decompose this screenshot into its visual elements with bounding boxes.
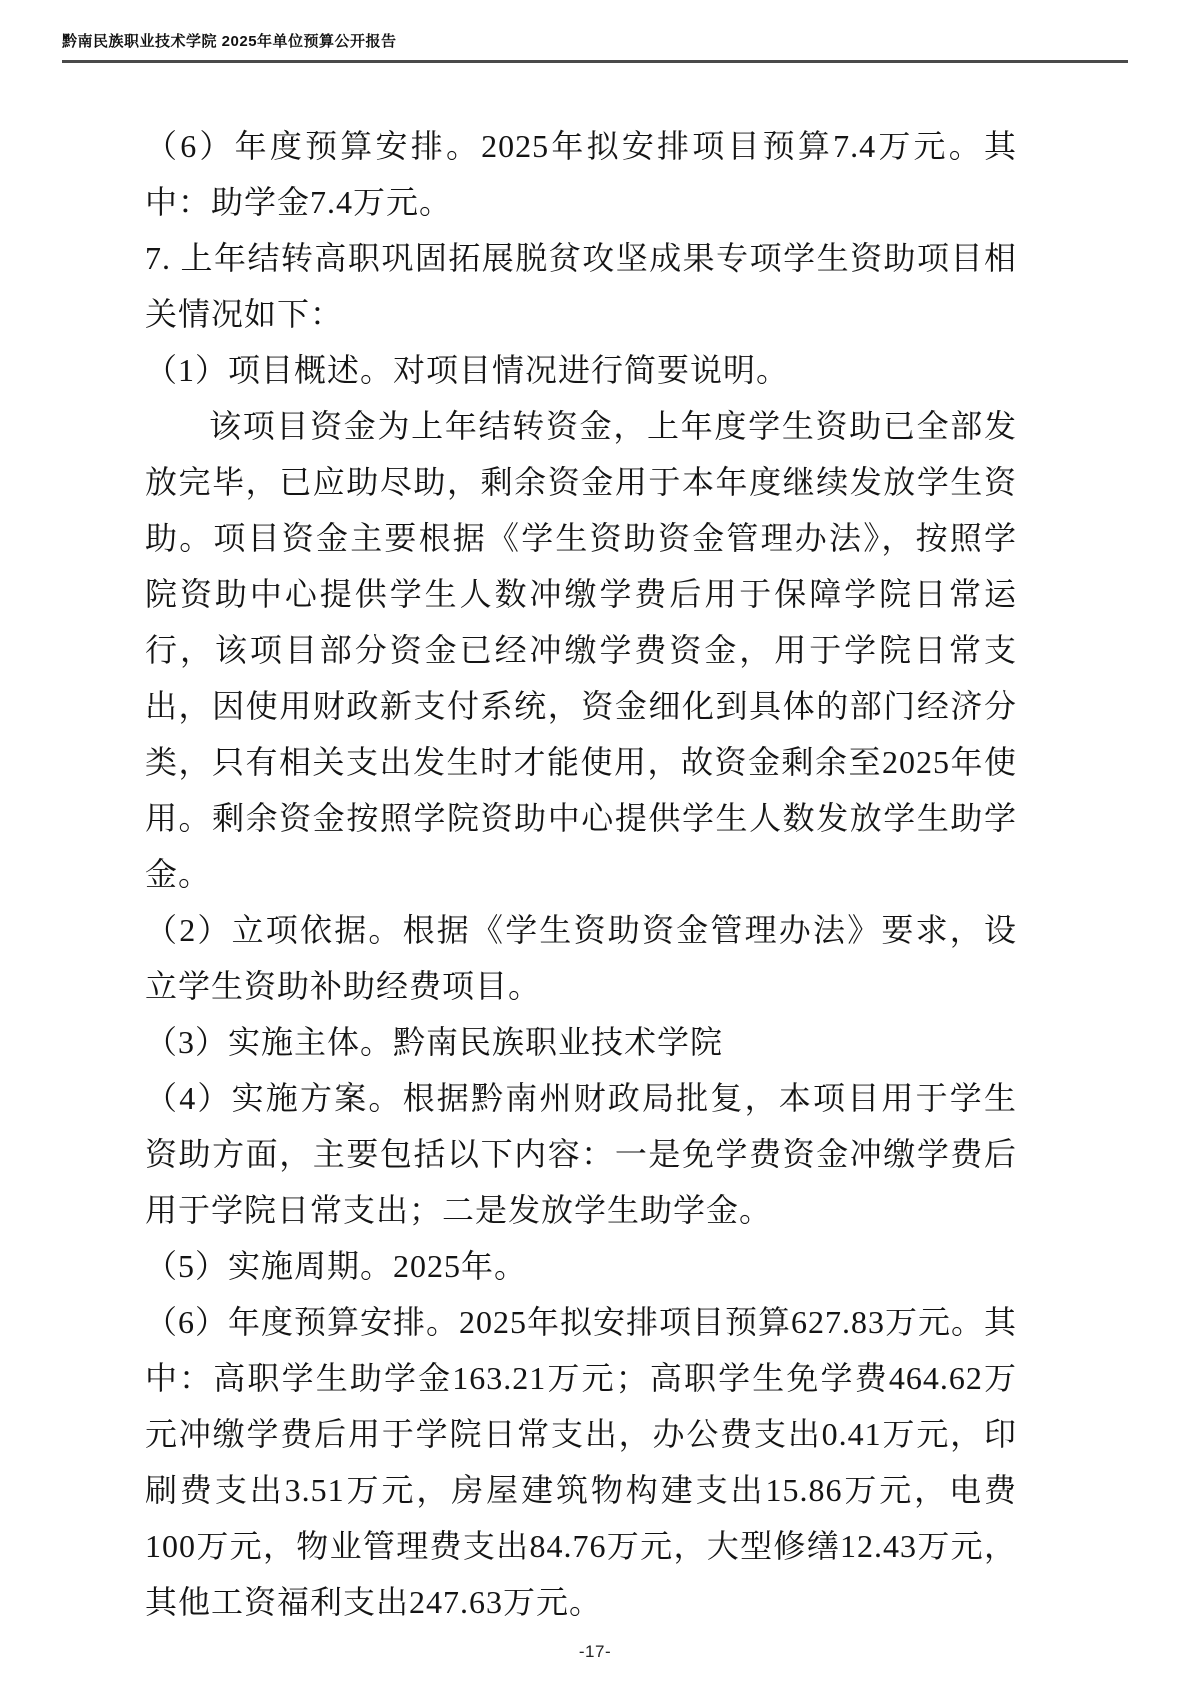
paragraph: （6）年度预算安排。2025年拟安排项目预算627.83万元。其中：高职学生助学…: [145, 1294, 1017, 1630]
paragraph: （1）项目概述。对项目情况进行简要说明。: [145, 342, 1017, 398]
header-title: 黔南民族职业技术学院 2025年单位预算公开报告: [62, 30, 1128, 60]
page-footer: -17-: [0, 1642, 1190, 1662]
paragraph: 该项目资金为上年结转资金，上年度学生资助已全部发放完毕，已应助尽助，剩余资金用于…: [145, 398, 1017, 902]
page-header: 黔南民族职业技术学院 2025年单位预算公开报告: [62, 30, 1128, 63]
header-rule: [62, 60, 1128, 63]
paragraph: （4）实施方案。根据黔南州财政局批复，本项目用于学生资助方面，主要包括以下内容：…: [145, 1070, 1017, 1238]
document-page: 黔南民族职业技术学院 2025年单位预算公开报告 （6）年度预算安排。2025年…: [0, 0, 1190, 1684]
page-number: -17-: [579, 1642, 611, 1661]
paragraph: （3）实施主体。黔南民族职业技术学院: [145, 1014, 1017, 1070]
paragraph: （5）实施周期。2025年。: [145, 1238, 1017, 1294]
paragraph: （6）年度预算安排。2025年拟安排项目预算7.4万元。其中：助学金7.4万元。: [145, 118, 1017, 230]
paragraph: （2）立项依据。根据《学生资助资金管理办法》要求，设立学生资助补助经费项目。: [145, 902, 1017, 1014]
document-body: （6）年度预算安排。2025年拟安排项目预算7.4万元。其中：助学金7.4万元。…: [145, 118, 1017, 1630]
paragraph: 7. 上年结转高职巩固拓展脱贫攻坚成果专项学生资助项目相关情况如下：: [145, 230, 1017, 342]
